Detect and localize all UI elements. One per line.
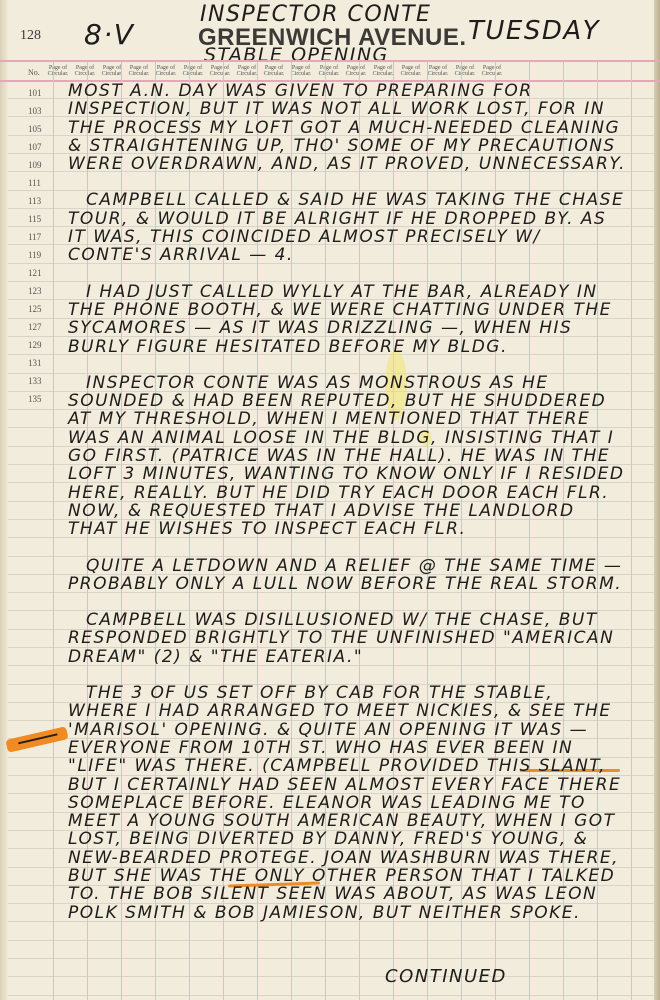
column-header-row: Page of Circular. Page of Circular. Page… [0,62,660,82]
column-header: Page of Circular. [152,65,180,77]
line-number: 103 [28,106,42,116]
column-header: Page of Circular. [206,65,234,77]
column-header: Page of Circular. [342,65,370,77]
line-number: 109 [28,160,42,170]
line-number: 105 [28,124,42,134]
paragraph: THE 3 OF US SET OFF BY CAB FOR THE STABL… [68,684,628,922]
line-number: 133 [28,376,42,386]
paragraph: CAMPBELL CALLED & SAID HE WAS TAKING THE… [68,191,628,264]
page-left-edge [0,0,8,1000]
paragraph: I HAD JUST CALLED WYLLY AT THE BAR, ALRE… [68,283,628,356]
page-binding [654,0,660,1000]
paragraph: INSPECTOR CONTE WAS AS MONSTROUS AS HE S… [68,374,628,539]
page-number: 128 [20,28,41,44]
column-header: Page of Circular. [424,65,452,77]
column-header: Page of Circular. [71,65,99,77]
paragraph: CAMPBELL WAS DISILLUSIONED W/ THE CHASE,… [68,611,628,666]
column-rule [631,62,632,1000]
row-rule [0,958,660,959]
line-number: 101 [28,88,42,98]
column-header: Page of Circular. [451,65,479,77]
orange-arrow-mark [5,726,68,753]
column-header: Page of Circular. [260,65,288,77]
column-header: Page of Circular. [397,65,425,77]
line-number: 107 [28,142,42,152]
line-number: 111 [28,178,41,188]
row-rule [0,995,660,996]
line-number: 113 [28,196,41,206]
row-rule [0,976,660,977]
column-rule [53,62,54,1000]
line-number: 117 [28,232,41,242]
line-number: 127 [28,322,42,332]
date-mark: 8·V [84,18,134,51]
column-header: Page of Circular. [125,65,153,77]
column-header: Page of Circular. [44,65,72,77]
line-number: 125 [28,304,42,314]
line-number: 123 [28,286,42,296]
ledger-page: 128 8·V INSPECTOR CONTE GREENWICH AVENUE… [0,0,660,1000]
line-number: 121 [28,268,42,278]
line-number: 135 [28,394,42,404]
row-rule [0,940,660,941]
column-header: Page of Circular. [315,65,343,77]
line-number: 115 [28,214,41,224]
column-header: Page of Circular. [179,65,207,77]
column-header: Page of Circular. [478,65,506,77]
line-number: 131 [28,358,42,368]
handwritten-day: TUESDAY [468,16,600,46]
continued-note: CONTINUED [385,966,507,987]
paragraph: QUITE A LETDOWN AND A RELIEF @ THE SAME … [68,557,628,594]
paragraph: MOST A.N. DAY WAS GIVEN TO PREPARING FOR… [68,82,628,173]
line-number: 129 [28,340,42,350]
journal-body: MOST A.N. DAY WAS GIVEN TO PREPARING FOR… [68,82,628,940]
line-number: 119 [28,250,41,260]
